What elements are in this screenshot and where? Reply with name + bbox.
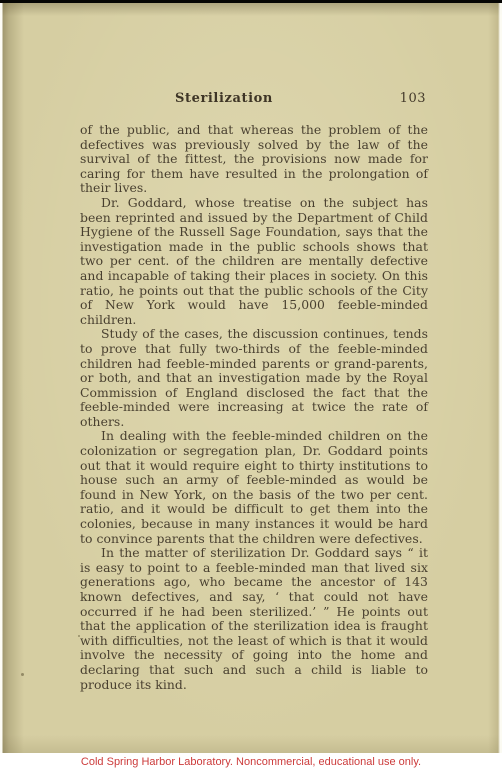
scanned-book-page-view: Sterilization 103 of the public, and tha… xyxy=(0,0,502,770)
running-header: Sterilization 103 xyxy=(80,91,428,109)
paragraph-1: of the public, and that whereas the prob… xyxy=(80,123,428,196)
book-page: Sterilization 103 of the public, and tha… xyxy=(0,3,502,753)
paper-speck xyxy=(21,673,24,676)
paragraph-4: In dealing with the feeble-minded childr… xyxy=(80,429,428,546)
copyright-footer: Cold Spring Harbor Laboratory. Noncommer… xyxy=(0,753,502,770)
paragraph-2: Dr. Goddard, whose treatise on the subje… xyxy=(80,196,428,327)
page-number: 103 xyxy=(400,91,426,106)
running-title: Sterilization xyxy=(80,91,368,106)
paper-speck xyxy=(78,635,80,637)
page-body: of the public, and that whereas the prob… xyxy=(80,123,428,692)
copyright-footer-text: Cold Spring Harbor Laboratory. Noncommer… xyxy=(81,756,421,768)
paragraph-5: In the matter of sterilization Dr. Godda… xyxy=(80,546,428,692)
paragraph-3: Study of the cases, the discussion conti… xyxy=(80,327,428,429)
